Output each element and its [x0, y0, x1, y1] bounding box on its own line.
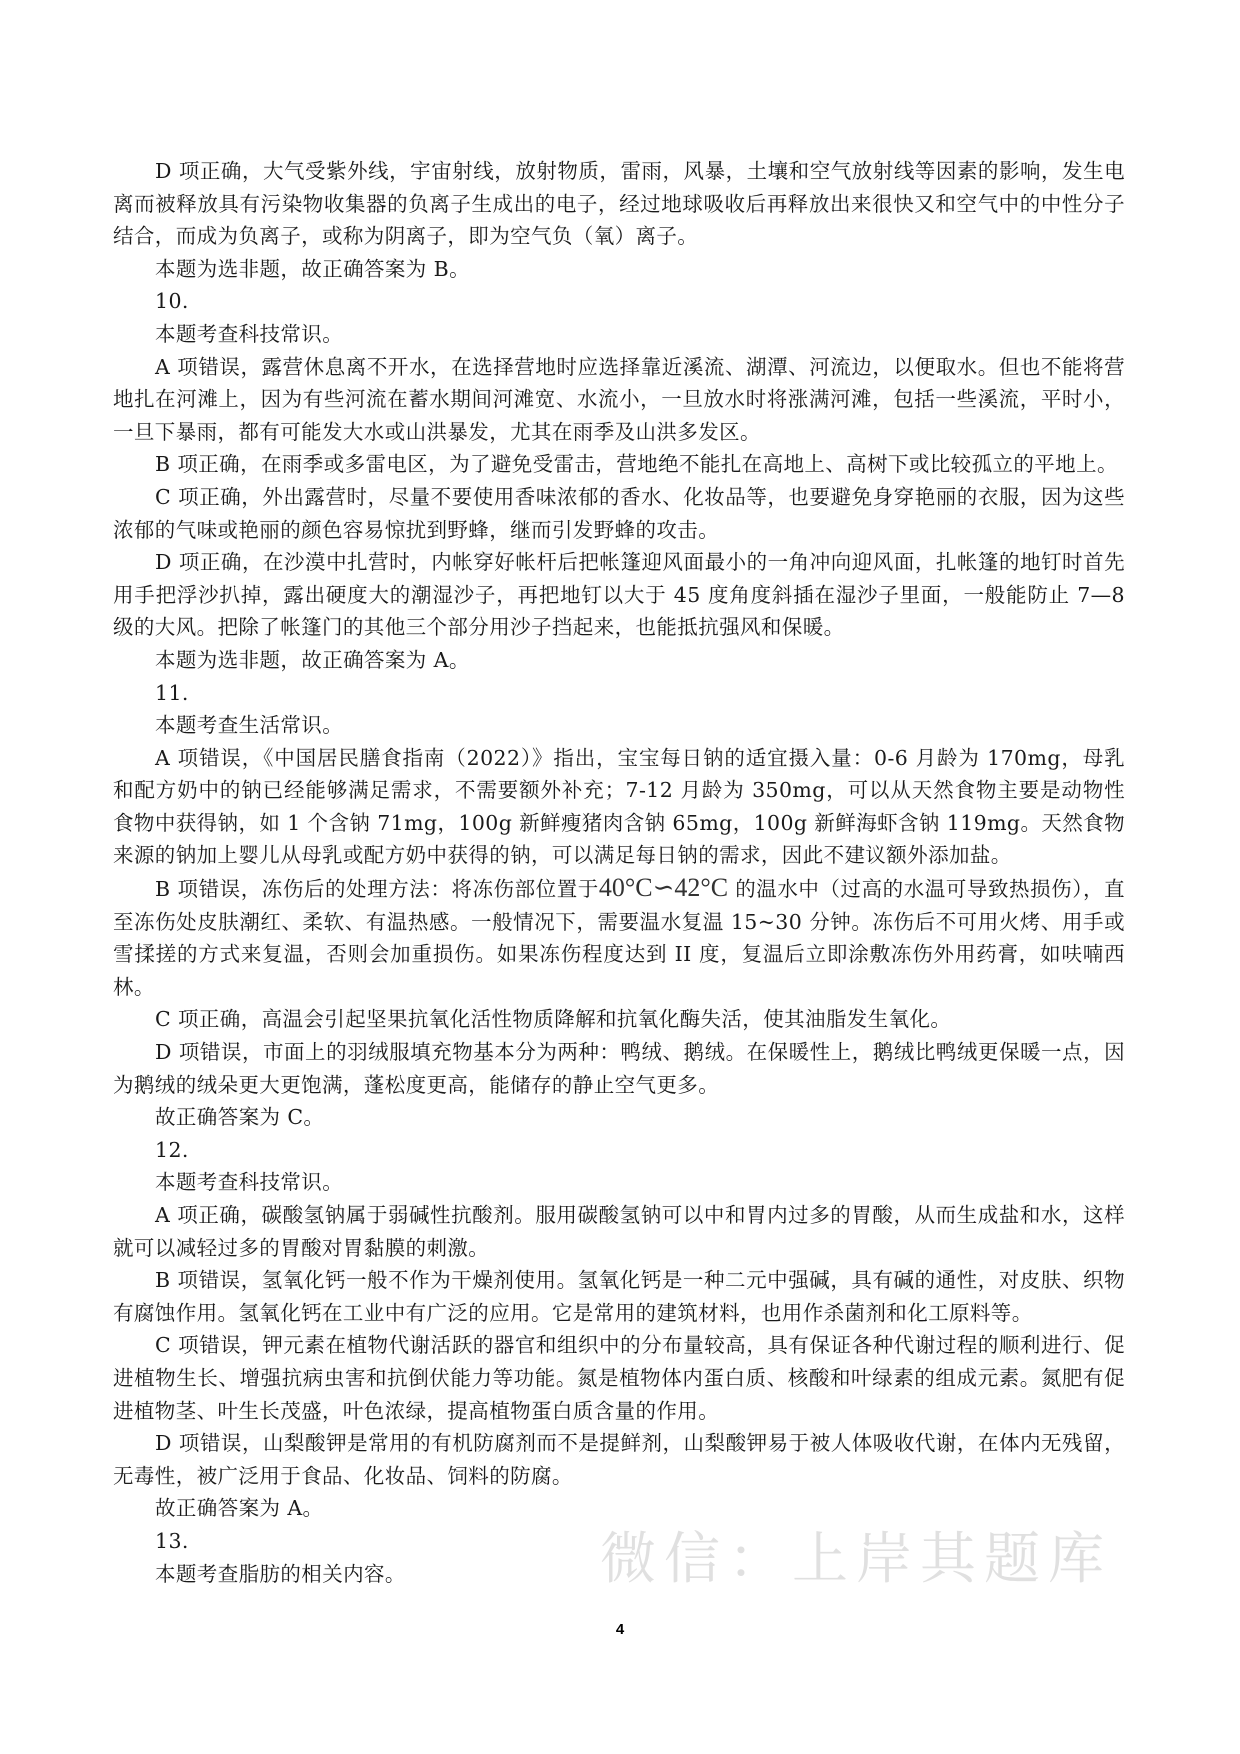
paragraph-a-option-q12: A 项正确，碳酸氢钠属于弱碱性抗酸剂。服用碳酸氢钠可以中和胃内过多的胃酸，从而生…	[113, 1199, 1125, 1264]
paragraph-d-option-q11: D 项错误，市面上的羽绒服填充物基本分为两种：鸭绒、鹅绒。在保暖性上，鹅绒比鸭绒…	[113, 1036, 1125, 1101]
watermark: 微信：上岸其题库	[600, 1515, 1112, 1595]
topic-q11: 本题考查生活常识。	[113, 709, 1125, 742]
paragraph-c-option-q11: C 项正确，高温会引起坚果抗氧化活性物质降解和抗氧化酶失活，使其油脂发生氧化。	[113, 1003, 1125, 1036]
paragraph-a-option-q11: A 项错误，《中国居民膳食指南（2022）》指出，宝宝每日钠的适宜摄入量：0-6…	[113, 742, 1125, 872]
topic-q12: 本题考查科技常识。	[113, 1166, 1125, 1199]
paragraph-b-option-q10: B 项正确，在雨季或多雷电区，为了避免受雷击，营地绝不能扎在高地上、高树下或比较…	[113, 448, 1125, 481]
temperature-formula: 40°C∽42°C	[599, 873, 728, 902]
paragraph-c-option-q12: C 项错误，钾元素在植物代谢活跃的器官和组织中的分布量较高，具有保证各种代谢过程…	[113, 1329, 1125, 1427]
document-body: D 项正确，大气受紫外线，宇宙射线，放射物质，雷雨，风暴，土壤和空气放射线等因素…	[113, 155, 1125, 1590]
answer-q9: 本题为选非题，故正确答案为 B。	[113, 253, 1125, 286]
topic-q10: 本题考查科技常识。	[113, 318, 1125, 351]
answer-q11: 故正确答案为 C。	[113, 1101, 1125, 1134]
paragraph-d-option-q10: D 项正确，在沙漠中扎营时，内帐穿好帐杆后把帐篷迎风面最小的一角冲向迎风面，扎帐…	[113, 546, 1125, 644]
page-number: 4	[0, 1621, 1240, 1638]
question-number-11: 11.	[113, 677, 1125, 710]
question-number-10: 10.	[113, 285, 1125, 318]
paragraph-b-option-q11: B 项错误，冻伤后的处理方法：将冻伤部位置于40°C∽42°C 的温水中（过高的…	[113, 872, 1125, 1003]
text-segment: B 项错误，冻伤后的处理方法：将冻伤部位置于	[155, 877, 599, 901]
question-number-12: 12.	[113, 1134, 1125, 1167]
paragraph-a-option-q10: A 项错误，露营休息离不开水，在选择营地时应选择靠近溪流、湖潭、河流边，以便取水…	[113, 351, 1125, 449]
paragraph-d-option-q9: D 项正确，大气受紫外线，宇宙射线，放射物质，雷雨，风暴，土壤和空气放射线等因素…	[113, 155, 1125, 253]
answer-q10: 本题为选非题，故正确答案为 A。	[113, 644, 1125, 677]
paragraph-b-option-q12: B 项错误，氢氧化钙一般不作为干燥剂使用。氢氧化钙是一种二元中强碱，具有碱的通性…	[113, 1264, 1125, 1329]
paragraph-c-option-q10: C 项正确，外出露营时，尽量不要使用香味浓郁的香水、化妆品等，也要避免身穿艳丽的…	[113, 481, 1125, 546]
paragraph-d-option-q12: D 项错误，山梨酸钾是常用的有机防腐剂而不是提鲜剂，山梨酸钾易于被人体吸收代谢，…	[113, 1427, 1125, 1492]
